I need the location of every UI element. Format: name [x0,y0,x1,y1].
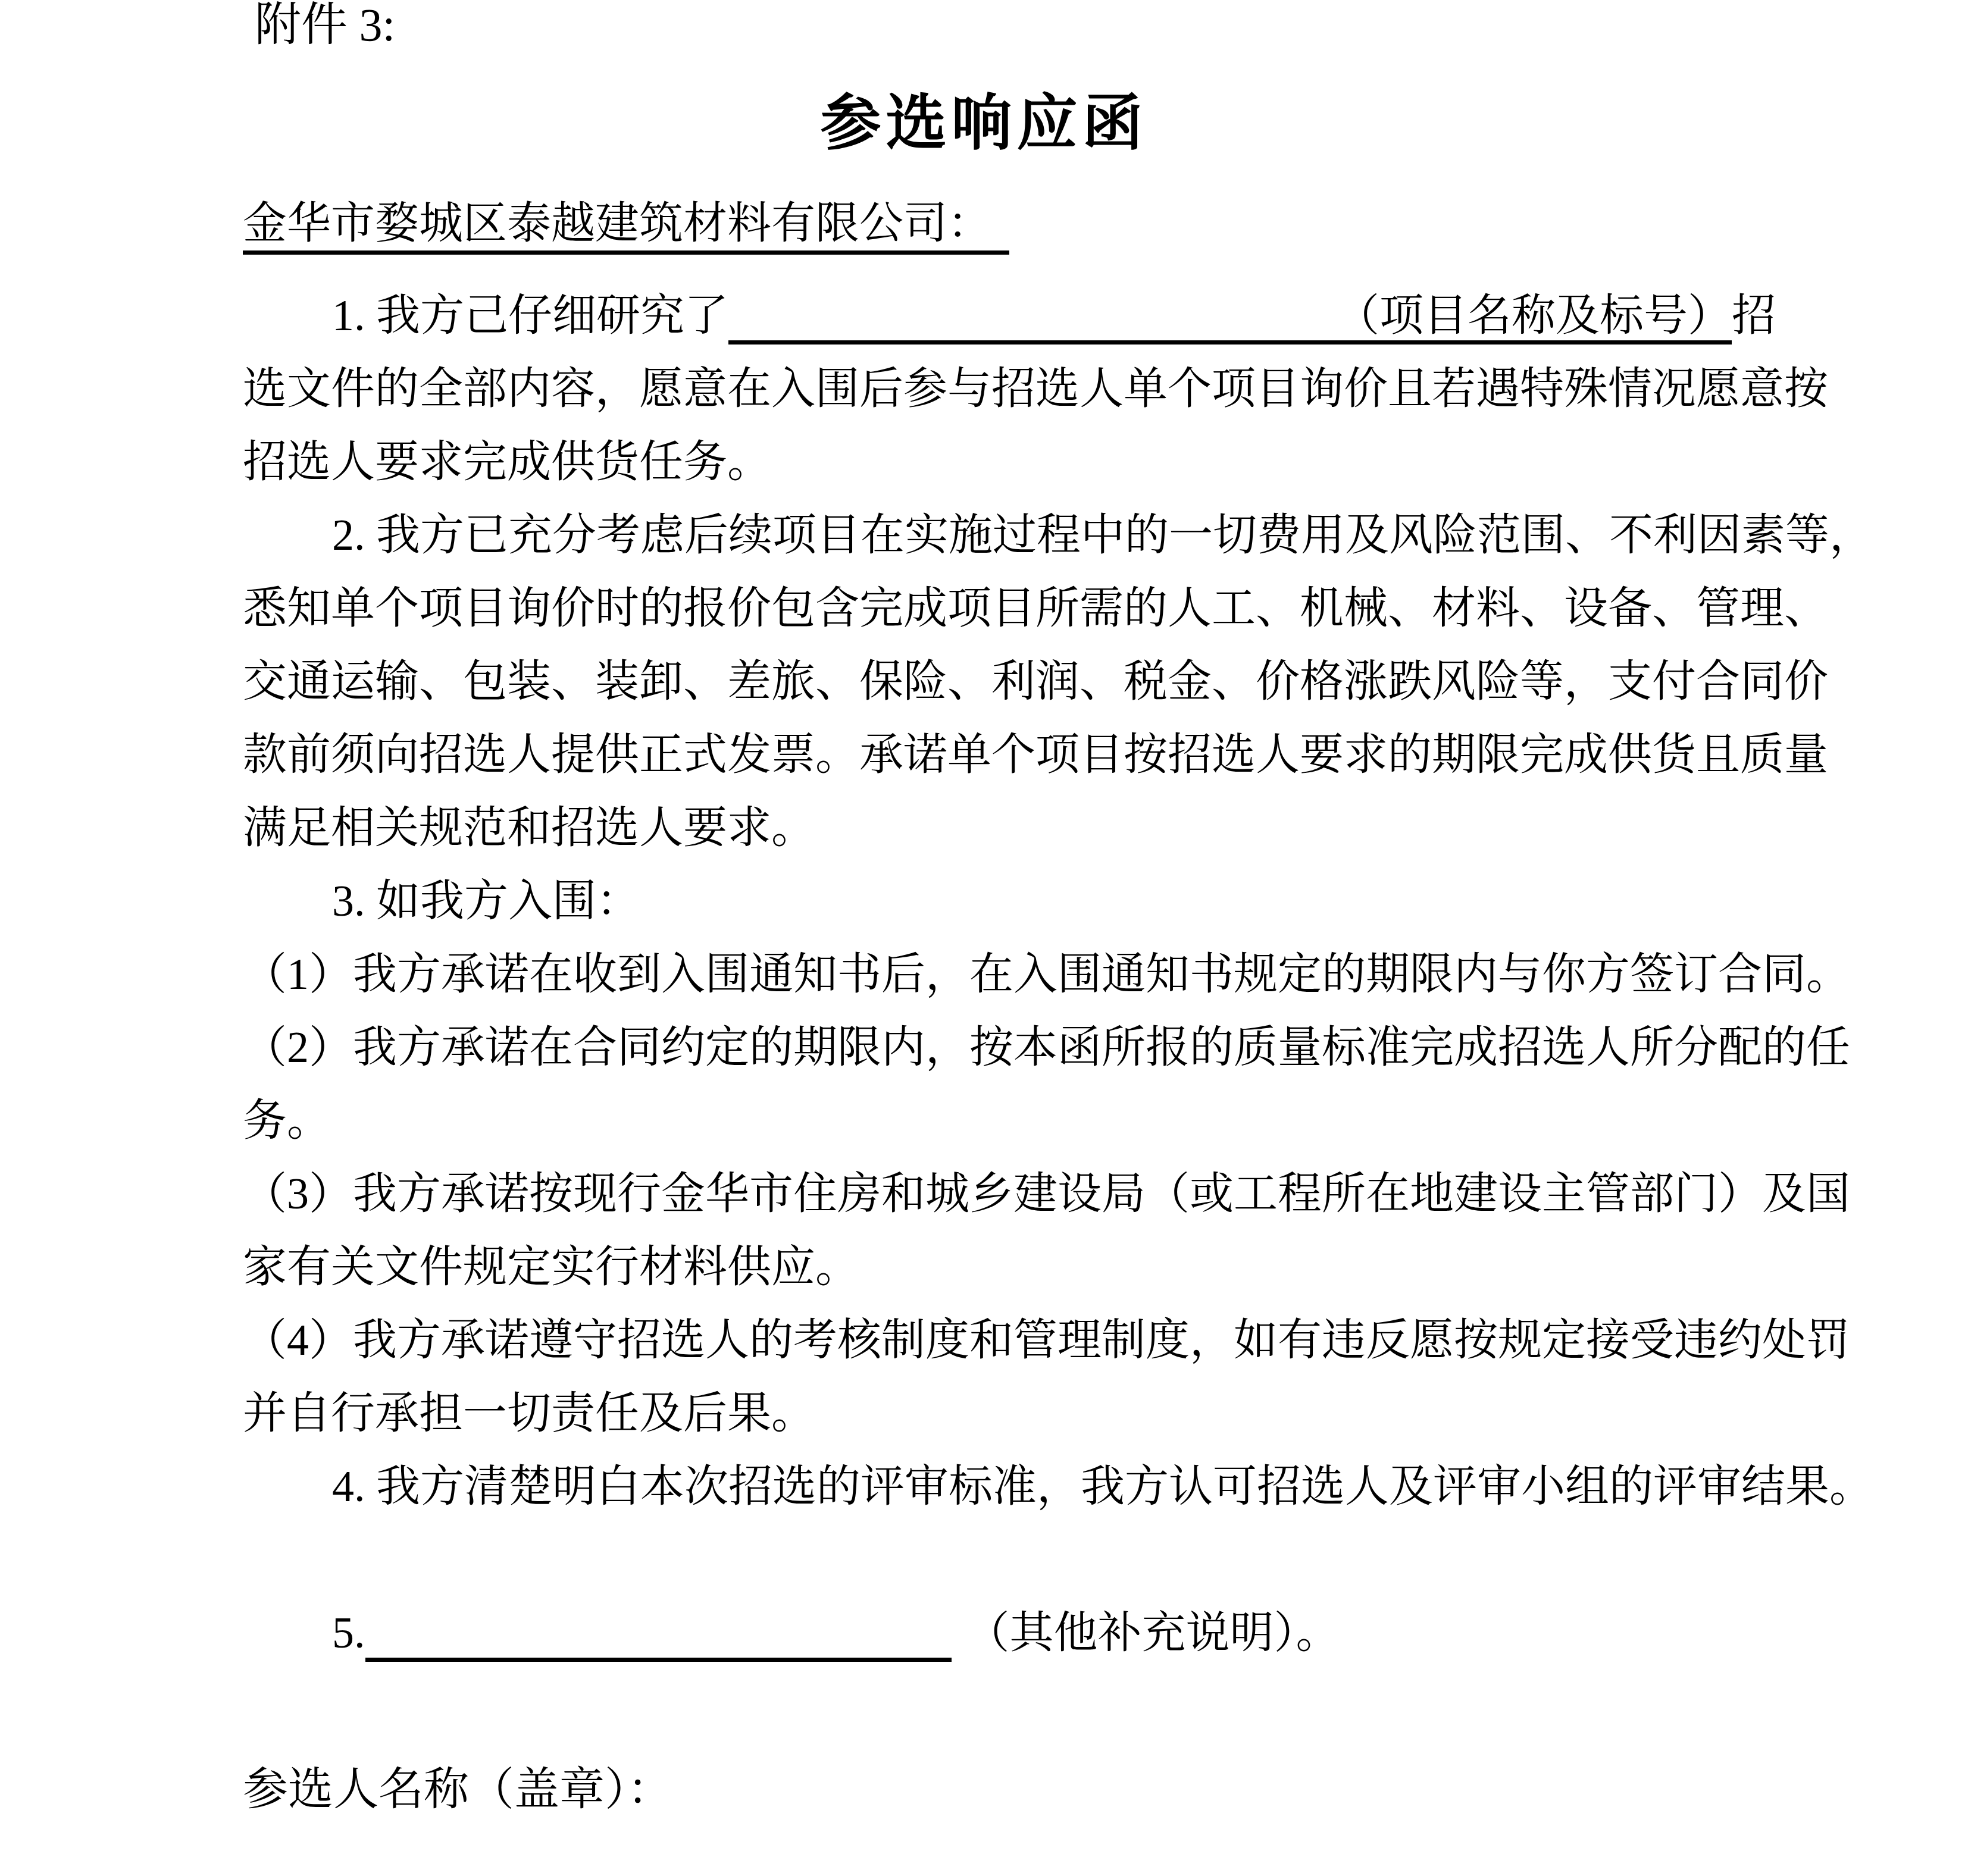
body-line-sub2: （2）我方承诺在合同约定的期限内，按本函所报的质量标准完成招选人所分配的任 [243,1011,1766,1085]
body-line-item3: 3. 如我方入围： [243,865,1766,938]
document-body: 1. 我方己仔细研究了（项目名称及标号）招 选文件的全部内容，愿意在入围后参与招… [243,280,1766,1670]
blank-line [243,1524,1766,1597]
body-line: 招选人要求完成供货任务。 [243,426,1766,499]
item1-suffix: 招 [1732,292,1776,340]
addressee-company-name: 金华市婺城区泰越建筑材料有限公司： [243,199,1009,255]
item1-prefix: 1. 我方己仔细研究了 [332,292,728,340]
project-name-underline: （项目名称及标号） [728,292,1732,344]
page-title: 参选响应函 [0,75,1968,162]
body-line-sub3: （3）我方承诺按现行金华市住房和城乡建设局（或工程所在地建设主管部门）及国 [243,1158,1766,1231]
body-line-sub1: （1）我方承诺在收到入围通知书后，在入围通知书规定的期限内与你方签订合同。 [243,938,1766,1011]
item5-prefix: 5. [332,1609,365,1658]
body-line: 并自行承担一切责任及后果。 [243,1377,1766,1451]
document-page: 附件 3: 参选响应函 金华市婺城区泰越建筑材料有限公司： 1. 我方己仔细研究… [0,0,1968,1876]
body-line-item4: 4. 我方清楚明白本次招选的评审标准，我方认可招选人及评审小组的评审结果。 [243,1451,1766,1524]
body-line: 悉知单个项目询价时的报价包含完成项目所需的人工、机械、材料、设备、管理、 [243,572,1766,646]
body-line: 款前须向招选人提供正式发票。承诺单个项目按招选人要求的期限完成供货且质量 [243,719,1766,792]
attachment-label: 附件 3: [255,0,395,58]
body-line-item1: 1. 我方己仔细研究了（项目名称及标号）招 [243,280,1766,353]
signature-section: 参选人名称（盖章）： [243,1755,672,1824]
signature-label: 参选人名称（盖章）： [243,1765,672,1815]
body-line: 家有关文件规定实行材料供应。 [243,1231,1766,1304]
body-line: 务。 [243,1085,1766,1158]
body-line-item5: 5.（其他补充说明）。 [243,1597,1766,1670]
other-notes-underline [365,1609,952,1662]
body-line: 满足相关规范和招选人要求。 [243,792,1766,865]
body-line-item2: 2. 我方已充分考虑后续项目在实施过程中的一切费用及风险范围、不利因素等， [243,499,1766,572]
body-line-sub4: （4）我方承诺遵守招选人的考核制度和管理制度，如有违反愿按规定接受违约处罚 [243,1304,1766,1377]
body-line: 交通运输、包装、装卸、差旅、保险、利润、税金、价格涨跌风险等，支付合同价 [243,646,1766,719]
addressee-line: 金华市婺城区泰越建筑材料有限公司： [243,189,1009,258]
project-name-caption: （项目名称及标号） [1335,292,1732,340]
body-line: 选文件的全部内容，愿意在入围后参与招选人单个项目询价且若遇特殊情况愿意按 [243,353,1766,426]
item5-suffix: （其他补充说明）。 [966,1609,1340,1658]
